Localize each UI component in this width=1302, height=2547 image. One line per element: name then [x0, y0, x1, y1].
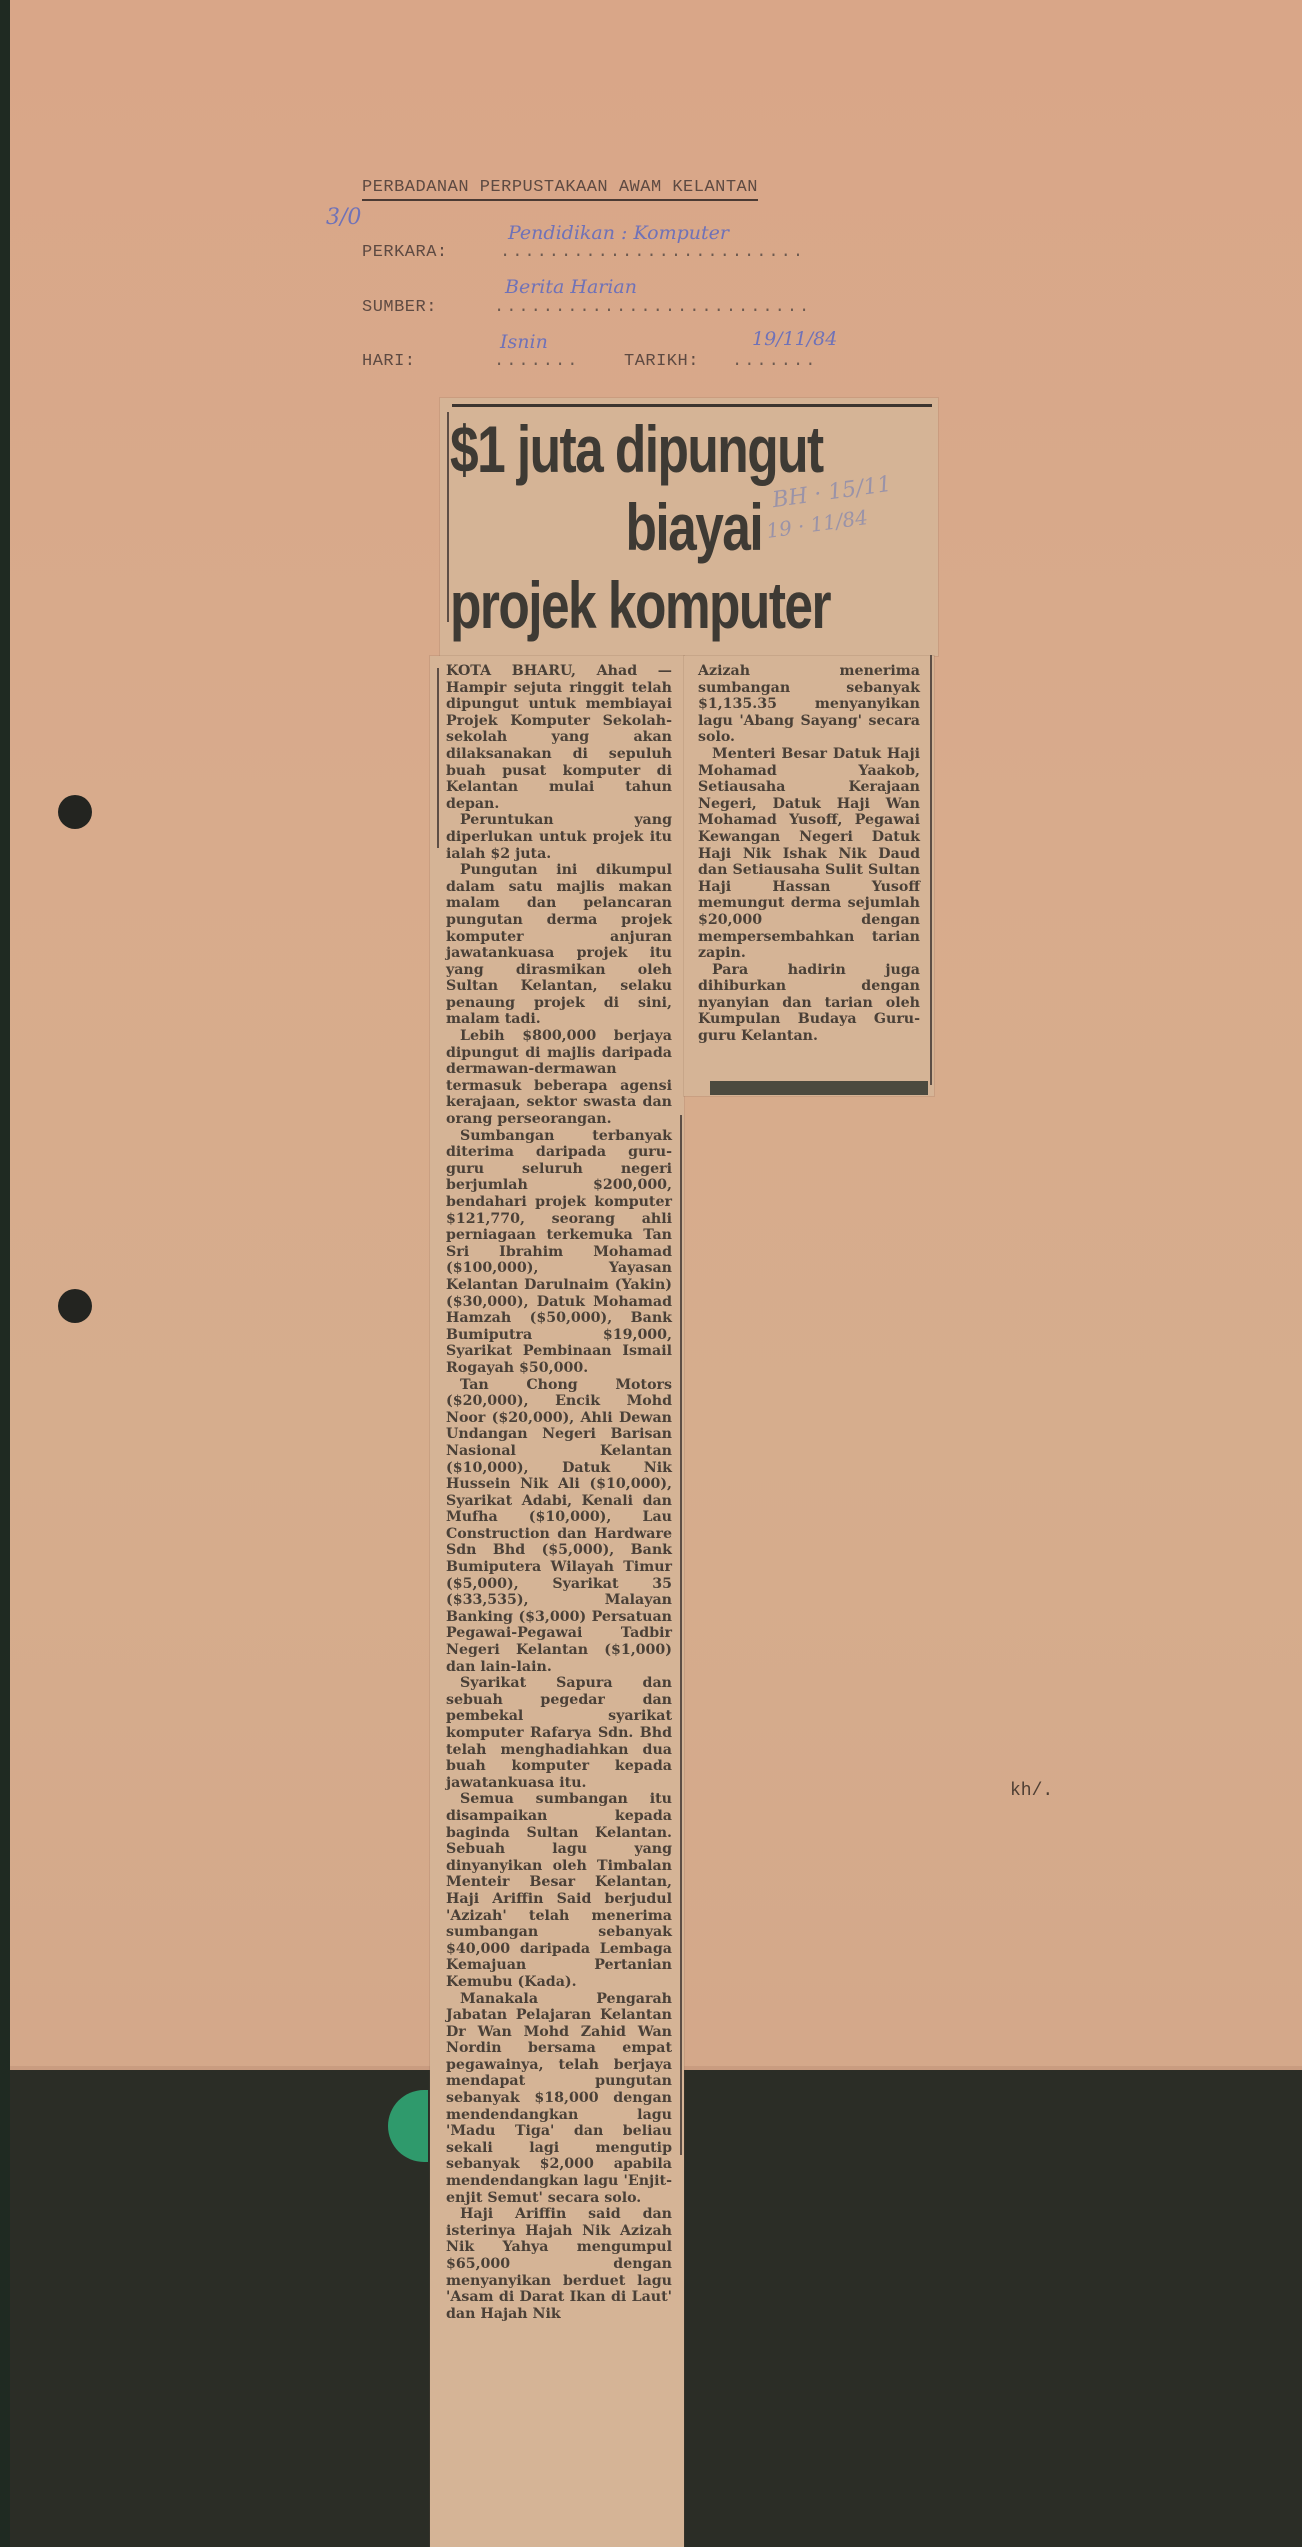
typist-initials: kh/.	[1010, 1781, 1053, 1801]
file-number: 3/0	[326, 205, 361, 230]
organization-title: PERBADANAN PERPUSTAKAAN AWAM KELANTAN	[362, 178, 758, 201]
paragraph: Semua sumbangan itu disampaikan kepada b…	[446, 1791, 672, 1990]
scan-left-edge	[0, 0, 10, 2547]
paragraph: KOTA BHARU, Ahad — Hampir sejuta ringgit…	[446, 663, 672, 812]
dotted-line: .........................	[500, 243, 805, 262]
punch-hole	[58, 1289, 92, 1323]
article-right-column: Azizah menerima sumbangan sebanyak $1,13…	[698, 663, 920, 1045]
headline-line-1: $1 juta dipungut	[450, 410, 824, 488]
paragraph: Lebih $800,000 berjaya dipungut di majli…	[446, 1028, 672, 1128]
paragraph: Menteri Besar Datuk Haji Mohamad Yaakob,…	[698, 746, 920, 962]
green-sticker	[388, 2090, 428, 2162]
field-label-hari: HARI:	[362, 352, 416, 371]
headline-rule	[452, 404, 932, 407]
field-value-hari: Isnin	[500, 331, 548, 353]
column-rule	[447, 412, 449, 622]
field-label-perkara: PERKARA:	[362, 243, 448, 262]
article-left-column: KOTA BHARU, Ahad — Hampir sejuta ringgit…	[446, 663, 672, 2322]
field-label-sumber: SUMBER:	[362, 298, 437, 317]
dotted-line: .......	[494, 352, 579, 371]
column-rule	[680, 1115, 682, 2155]
punch-hole	[58, 795, 92, 829]
field-value-sumber: Berita Harian	[505, 276, 637, 298]
paragraph: Syarikat Sapura dan sebuah pegedar dan p…	[446, 1675, 672, 1791]
column-rule	[930, 655, 932, 1085]
paragraph: Peruntukan yang diperlukan untuk projek …	[446, 812, 672, 862]
field-value-tarikh: 19/11/84	[752, 328, 837, 350]
column-rule	[437, 668, 439, 848]
article-end-bar	[710, 1081, 928, 1095]
paragraph: Azizah menerima sumbangan sebanyak $1,13…	[698, 663, 920, 746]
field-value-perkara: Pendidikan : Komputer	[508, 222, 729, 244]
paragraph: Tan Chong Motors ($20,000), Encik Mohd N…	[446, 1377, 672, 1676]
paragraph: Para hadirin juga dihiburkan dengan nyan…	[698, 962, 920, 1045]
field-label-tarikh: TARIKH:	[624, 352, 699, 371]
paragraph: Pungutan ini dikumpul dalam satu majlis …	[446, 862, 672, 1028]
dotted-line: ..........................	[494, 298, 811, 317]
headline-line-3: projek komputer	[450, 566, 824, 644]
paragraph: Haji Ariffin said dan isterinya Hajah Ni…	[446, 2206, 672, 2322]
paragraph: Sumbangan terbanyak diterima daripada gu…	[446, 1128, 672, 1377]
paragraph: Manakala Pengarah Jabatan Pelajaran Kela…	[446, 1991, 672, 2207]
dotted-line: .......	[732, 352, 817, 371]
